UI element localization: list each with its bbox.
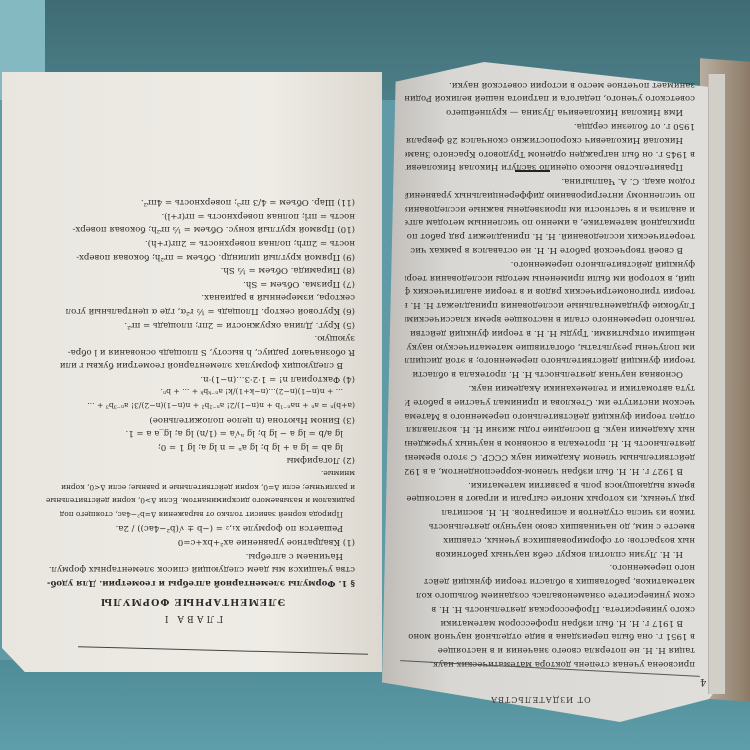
text-line: (2) Логарифмы [30, 453, 355, 467]
text-line: вместе с ним, до начинавших свою научную… [405, 518, 695, 532]
text-line: ность = πrl; полная поверхность = πr(r+l… [30, 208, 355, 222]
text-line: (6) Круговой сектор. Площадь = ½ r²α, гд… [30, 303, 355, 317]
right-page-text: присвоена ученая степень доктора математ… [405, 210, 695, 670]
text-line: теории функций действительного переменно… [405, 353, 695, 367]
text-line: Правительство высоко оценило заслуги Ник… [405, 160, 695, 174]
text-line: 1950 г. от болезни сердца. [405, 118, 695, 132]
page-stack-edge [708, 74, 725, 694]
text-line: (a+b)ⁿ = aⁿ + naⁿ⁻¹b + n(n−1)/2! aⁿ⁻²b² … [30, 399, 355, 413]
text-line: ряд ученых, из которых многие сыграли и … [405, 491, 695, 505]
text-line: (9) Прямой круглый цилиндр. Объем = πr²h… [30, 249, 355, 263]
text-line: (3) Бином Ньютона (n целое положительное… [30, 412, 355, 426]
text-line: прикладной математике, а именно по числе… [405, 215, 695, 229]
text-line: В следующих формулах элементарной геомет… [30, 358, 355, 372]
text-line: теории тригонометрических рядов и в теор… [405, 284, 695, 298]
text-line: в 1951 г. она была переиздана в виде отд… [405, 629, 695, 643]
text-line: зующую. [30, 331, 355, 345]
text-line: ных Академии наук. В последние годы жизн… [405, 422, 695, 436]
text-line: Природа корней зависит только от выражен… [30, 507, 355, 521]
text-line: В 1917 г. Н. Н. был избран профессором м… [405, 615, 695, 629]
text-line: ций, в которой им были применены методы … [405, 270, 695, 284]
text-line: нейшими открытиями. Труды Н. Н. в теории… [405, 325, 695, 339]
text-line: действительным членом Академии наук СССР… [405, 449, 695, 463]
text-line: и различные; если Δ=0, корни действитель… [30, 480, 355, 494]
text-line: Глубокие фундаментальные исследования пр… [405, 297, 695, 311]
text-line: по численному интегрированию дифференциа… [405, 187, 695, 201]
text-line: ческом институте им. Стеклова и принимал… [405, 394, 695, 408]
text-line: время выдающуюся роль в развитии математ… [405, 477, 695, 491]
text-line: сектора, измеренный в радианах. [30, 290, 355, 304]
chapter-label: ГЛАВА I [30, 610, 355, 624]
text-line: ность = 2πrh; полная поверхность = 2πr(r… [30, 235, 355, 249]
text-line: радикалом и называемого дискриминантом. … [30, 494, 355, 508]
text-line: ... + n(n−1)(n−2)...(n−k+1)/k! aⁿ⁻ᵏbᵏ + … [30, 385, 355, 399]
running-header: ОТ ИЗДАТЕЛЬСТВА [490, 695, 591, 704]
text-line: (8) Пирамида. Объем = ⅓ Sh. [30, 263, 355, 277]
text-line: ного переменного. [405, 560, 695, 574]
text-line: (10) Прямой круглый конус. Объем = ⅓ πr²… [30, 222, 355, 236]
text-line: тация Н. Н. не потеряла своего значения … [405, 642, 695, 656]
text-line: ных возрастов: от сформировавшихся учены… [405, 532, 695, 546]
text-line: и анализа и в частности им произведены в… [405, 201, 695, 215]
text-line: (11) Шар. Объем = 4/3 πr³; поверхность =… [30, 195, 355, 209]
text-line: тиков из числа студентов и аспирантов. Н… [405, 504, 695, 518]
text-line: (7) Призма. Объем = Sh. [30, 276, 355, 290]
text-line: занимает почетное место в истории советс… [405, 77, 695, 91]
text-line: ского университета. Профессорская деятел… [405, 601, 695, 615]
text-line: Начинаем с алгебры. [30, 548, 355, 562]
left-page-text: ГЛАВА I ЭЛЕМЕНТАРНЫЕ ФОРМУЛЫ § 1. Формул… [30, 160, 355, 630]
text-line: мнимые. [30, 466, 355, 480]
text-line: математиков, работавших в области теории… [405, 573, 695, 587]
text-line: В 1927 г. Н. Н. был избран членом-коррес… [405, 463, 695, 477]
chapter-title: ЭЛЕМЕНТАРНЫЕ ФОРМУЛЫ [30, 595, 355, 609]
text-line: Николай Николаевич скоропостижно скончал… [405, 132, 695, 146]
end-mark-rule [515, 170, 550, 172]
text-line: Н. Н. Лузин сплотил вокруг себя научных … [405, 546, 695, 560]
text-line: ства учащихся мы даем следующий список э… [30, 562, 355, 576]
text-line: советского ученого, педагога и патриота … [405, 91, 695, 105]
text-line: годом акад. С. А. Чаплыгина. [405, 173, 695, 187]
text-line: R обозначают радиус, h высоту, S площадь… [30, 344, 355, 358]
text-line: тельного переменного стали в настоящее в… [405, 311, 695, 325]
text-line: Решается по формуле x₁,₂ = (−b ± √(b²−4a… [30, 521, 355, 535]
text-line: lg a/b = lg a − lg b; lg ⁿ√a = (1/n) lg … [30, 426, 355, 440]
text-line: lg ab = lg a + lg b; lg aⁿ = n lg a; lg … [30, 439, 355, 453]
text-line: (4) Факториал n! = 1·2·3...(n−1)·n. [30, 371, 355, 385]
text-line: деятельность Н. Н. протекала в основном … [405, 435, 695, 449]
text-line: отдел теории функций действительного пер… [405, 408, 695, 422]
text-line: им получены результаты, обогатившие мате… [405, 339, 695, 353]
page-number: 4 [700, 676, 706, 687]
text-line: § 1. Формулы элементарной алгебры и геом… [30, 575, 355, 589]
text-line: тута автоматики и телемеханики Академии … [405, 380, 695, 394]
text-line: Имя Николая Николаевича Лузина — крупней… [405, 104, 695, 118]
text-line: функций действительного переменного. [405, 256, 695, 270]
text-line: в 1945 г. он был награжден орденом Трудо… [405, 146, 695, 160]
text-line: Основная научная деятельность Н. Н. прот… [405, 366, 695, 380]
text-line: теоретических исследований. Н. Н. принад… [405, 229, 695, 243]
text-line: (1) Квадратное уравнение ax²+bx+c=0 [30, 534, 355, 548]
text-line: В своей творческой работе Н. Н. не остав… [405, 242, 695, 256]
text-line: (5) Круг. Длина окружности = 2πr; площад… [30, 317, 355, 331]
text-line: ском университете ознаменовалась создани… [405, 587, 695, 601]
